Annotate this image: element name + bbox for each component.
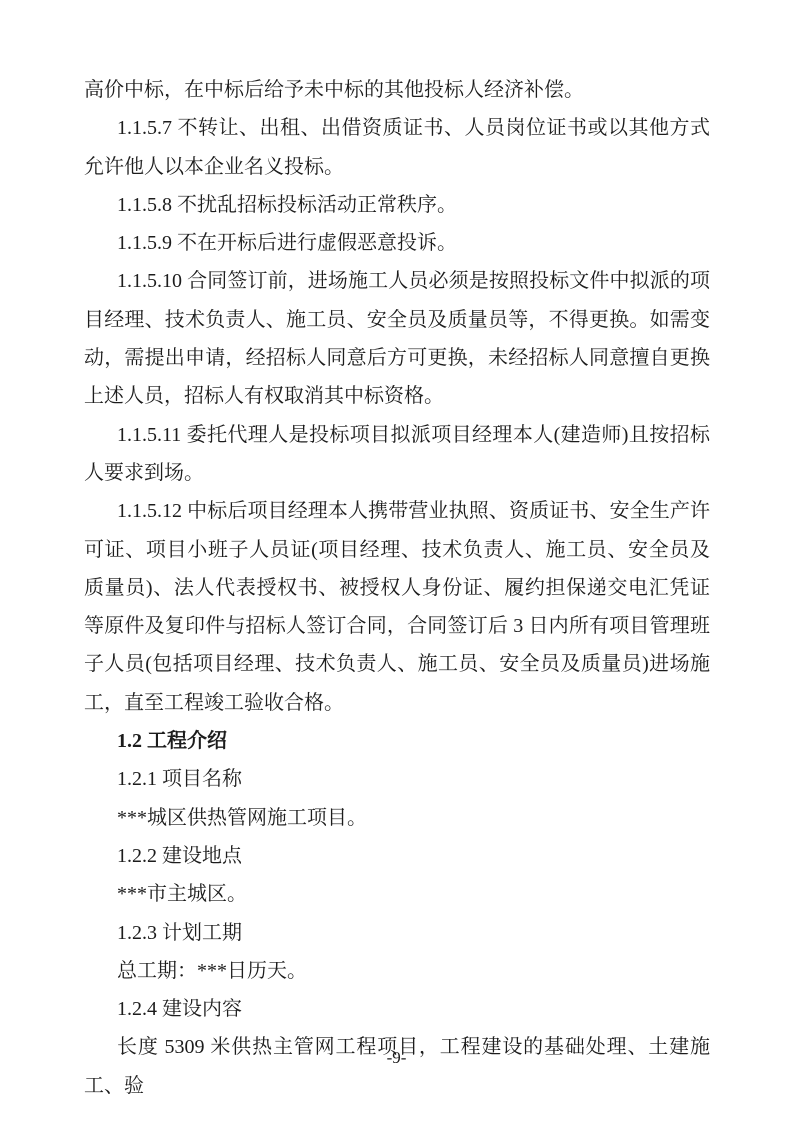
document-page: 高价中标，在中标后给予未中标的其他投标人经济补偿。 1.1.5.7 不转让、出租…: [0, 0, 793, 1122]
clause-1-1-5-8: 1.1.5.8 不扰乱招标投标活动正常秩序。: [84, 186, 710, 224]
clause-1-2-3-title: 1.2.3 计划工期: [84, 914, 710, 952]
clause-1-1-5-7: 1.1.5.7 不转让、出租、出借资质证书、人员岗位证书或以其他方式允许他人以本…: [84, 109, 710, 186]
clause-1-2-2-title: 1.2.2 建设地点: [84, 837, 710, 875]
page-number: -9-: [0, 1046, 793, 1070]
section-heading-1-2: 1.2 工程介绍: [84, 722, 710, 760]
project-location-paragraph: ***市主城区。: [84, 875, 710, 913]
clause-1-1-5-11: 1.1.5.11 委托代理人是投标项目拟派项目经理本人(建造师)且按招标人要求到…: [84, 416, 710, 493]
clause-1-1-5-9: 1.1.5.9 不在开标后进行虚假恶意投诉。: [84, 224, 710, 262]
clause-1-2-4-title: 1.2.4 建设内容: [84, 990, 710, 1028]
document-body: 高价中标，在中标后给予未中标的其他投标人经济补偿。 1.1.5.7 不转让、出租…: [84, 71, 710, 1105]
paragraph-continuation: 高价中标，在中标后给予未中标的其他投标人经济补偿。: [84, 71, 710, 109]
project-name-paragraph: ***城区供热管网施工项目。: [84, 799, 710, 837]
project-duration-paragraph: 总工期：***日历天。: [84, 952, 710, 990]
clause-1-2-1-title: 1.2.1 项目名称: [84, 760, 710, 798]
clause-1-1-5-12: 1.1.5.12 中标后项目经理本人携带营业执照、资质证书、安全生产许可证、项目…: [84, 492, 710, 722]
clause-1-1-5-10: 1.1.5.10 合同签订前，进场施工人员必须是按照投标文件中拟派的项目经理、技…: [84, 262, 710, 415]
